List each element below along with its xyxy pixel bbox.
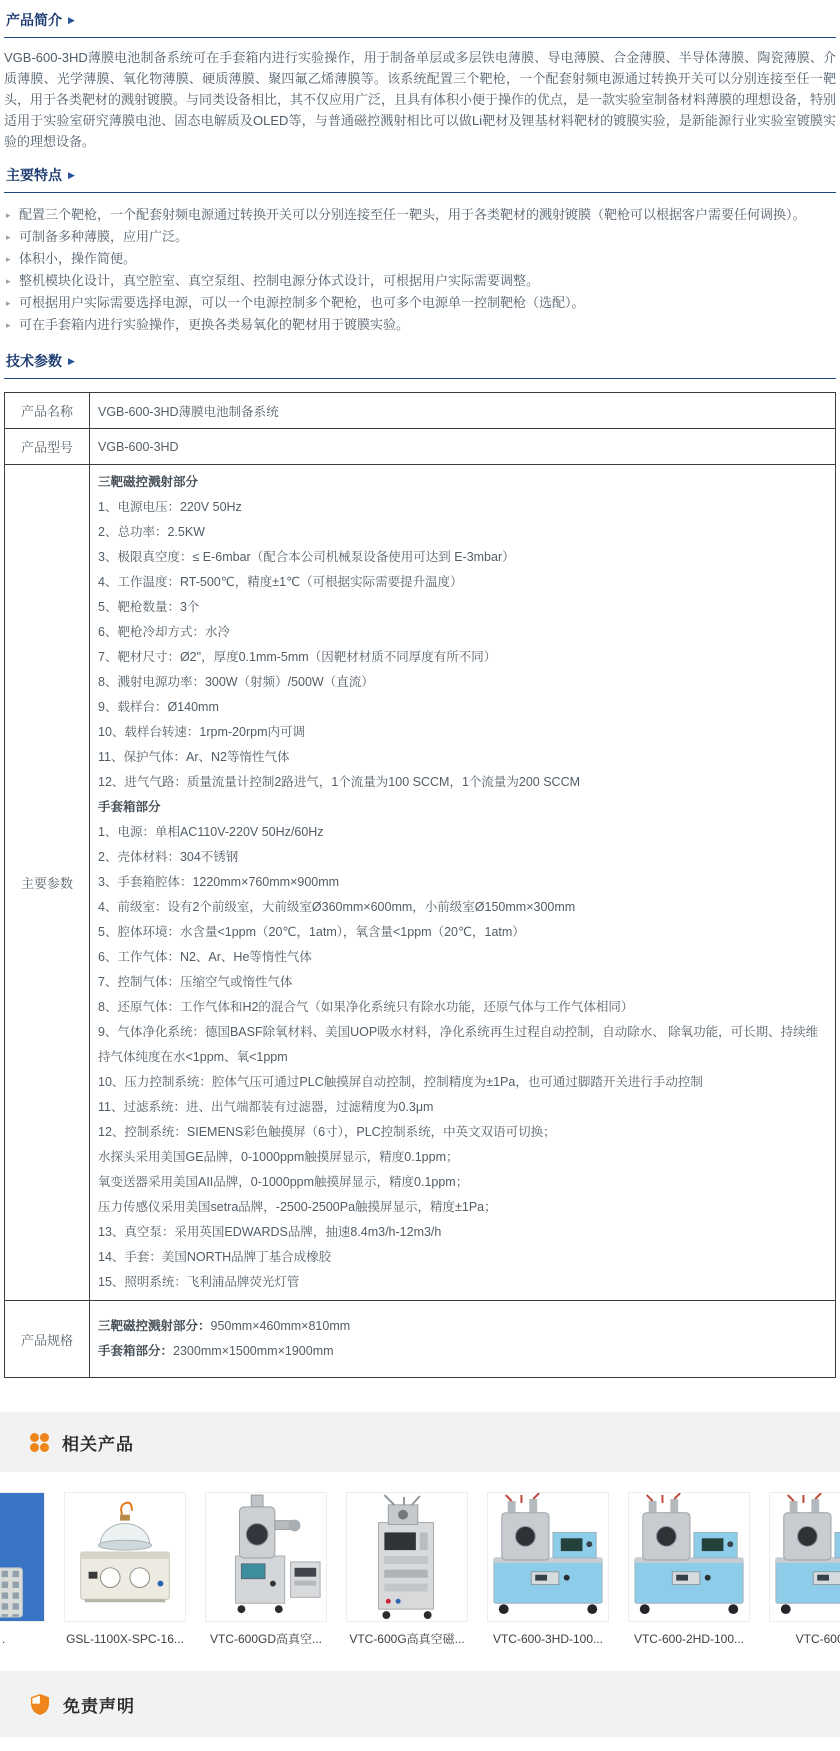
dims-lines: 三靶磁控溅射部分：950mm×460mm×810mm手套箱部分：2300mm×1… <box>98 1301 827 1377</box>
product-card[interactable]: VTC-600-2HD-100... <box>628 1492 750 1646</box>
features-list: ▸配置三个靶枪，一个配套射频电源通过转换开关可以分别连接至任一靶头，用于各类靶材… <box>4 204 836 336</box>
section-title-text: 产品简介 <box>6 12 62 28</box>
section-divider <box>4 192 836 193</box>
features-section: 主要特点▶ ▸配置三个靶枪，一个配套射频电源通过转换开关可以分别连接至任一靶头，… <box>4 167 836 336</box>
row-label: 主要参数 <box>5 465 90 1301</box>
product-card[interactable]: VTC-600-1... <box>769 1492 840 1646</box>
feature-text: 可制备多种薄膜，应用广泛。 <box>19 229 188 244</box>
bullet-arrow-icon: ▸ <box>6 314 11 336</box>
spec-line: 11、过滤系统：进、出气端都装有过滤器，过滤精度为0.3μm <box>98 1095 827 1120</box>
table-row-product-name: 产品名称 VGB-600-3HD薄膜电池制备系统 <box>5 393 836 429</box>
dimension-line: 三靶磁控溅射部分：950mm×460mm×810mm <box>98 1314 827 1339</box>
feature-text: 体积小，操作简便。 <box>19 251 136 266</box>
spec-line: 7、靶材尺寸：Ø2"，厚度0.1mm-5mm（因靶材材质不同厚度有所不同） <box>98 645 827 670</box>
product-label: . <box>0 1633 45 1646</box>
related-products-icon <box>30 1433 49 1452</box>
spec-line: 15、照明系统：飞利浦品牌荧光灯管 <box>98 1270 827 1295</box>
feature-text: 配置三个靶枪，一个配套射频电源通过转换开关可以分别连接至任一靶头，用于各类靶材的… <box>19 207 806 222</box>
product-label: VTC-600GD高真空... <box>205 1633 327 1646</box>
section-divider <box>4 37 836 38</box>
row-label: 产品名称 <box>5 393 90 429</box>
spec-line: 7、控制气体：压缩空气或惰性气体 <box>98 970 827 995</box>
bullet-arrow-icon: ▸ <box>6 226 11 248</box>
product-label: GSL-1100X-SPC-16... <box>64 1633 186 1646</box>
row-label: 产品型号 <box>5 429 90 465</box>
spec-line: 2、总功率：2.5KW <box>98 520 827 545</box>
section-title-features: 主要特点▶ <box>4 167 836 183</box>
product-image <box>487 1492 609 1622</box>
product-image <box>769 1492 840 1622</box>
spec-line: 手套箱部分 <box>98 795 827 820</box>
product-card[interactable]: VTC-600G高真空磁... <box>346 1492 468 1646</box>
spec-line: 9、气体净化系统：德国BASF除氧材料、美国UOP吸水材料，净化系统再生过程自动… <box>98 1020 827 1070</box>
product-image <box>64 1492 186 1622</box>
table-row-product-dimensions: 产品规格 三靶磁控溅射部分：950mm×460mm×810mm手套箱部分：230… <box>5 1301 836 1378</box>
product-card[interactable]: . <box>0 1492 45 1646</box>
section-title-text: 技术参数 <box>6 353 62 369</box>
spec-line: 11、保护气体：Ar、N2等惰性气体 <box>98 745 827 770</box>
row-label: 产品规格 <box>5 1301 90 1378</box>
product-label: VTC-600-3HD-100... <box>487 1633 609 1646</box>
specs-table: 产品名称 VGB-600-3HD薄膜电池制备系统 产品型号 VGB-600-3H… <box>4 392 836 1378</box>
spec-line: 2、壳体材料：304不锈钢 <box>98 845 827 870</box>
section-arrow-icon: ▶ <box>68 356 75 366</box>
feature-item: ▸可在手套箱内进行实验操作，更换各类易氧化的靶材用于镀膜实验。 <box>4 314 836 336</box>
dimension-line: 手套箱部分：2300mm×1500mm×1900mm <box>98 1339 827 1364</box>
bullet-arrow-icon: ▸ <box>6 270 11 292</box>
related-products-title: 相关产品 <box>62 1430 134 1455</box>
spec-line: 水探头采用美国GE品牌，0-1000ppm触摸屏显示，精度0.1ppm； <box>98 1145 827 1170</box>
table-row-product-model: 产品型号 VGB-600-3HD <box>5 429 836 465</box>
product-label: VTC-600-2HD-100... <box>628 1633 750 1646</box>
product-label: VTC-600-1... <box>769 1633 840 1646</box>
row-value: 三靶磁控溅射部分：950mm×460mm×810mm手套箱部分：2300mm×1… <box>90 1301 836 1378</box>
feature-text: 可在手套箱内进行实验操作，更换各类易氧化的靶材用于镀膜实验。 <box>19 317 409 332</box>
product-card[interactable]: GSL-1100X-SPC-16... <box>64 1492 186 1646</box>
carousel-track: . GSL-1100X-SPC-16... <box>0 1492 840 1646</box>
shield-icon <box>30 1693 50 1716</box>
row-value: VGB-600-3HD薄膜电池制备系统 <box>90 393 836 429</box>
feature-text: 可根据用户实际需要选择电源，可以一个电源控制多个靶枪，也可多个电源单一控制靶枪（… <box>19 295 585 310</box>
spec-line: 氧变送器采用美国AII品牌，0-1000ppm触摸屏显示，精度0.1ppm； <box>98 1170 827 1195</box>
spec-line: 1、电源：单相AC110V-220V 50Hz/60Hz <box>98 820 827 845</box>
spec-line: 10、压力控制系统：腔体气压可通过PLC触摸屏自动控制，控制精度为±1Pa，也可… <box>98 1070 827 1095</box>
spec-line: 6、靶枪冷却方式：水冷 <box>98 620 827 645</box>
feature-text: 整机模块化设计，真空腔室、真空泵组、控制电源分体式设计，可根据用户实际需要调整。 <box>19 273 539 288</box>
spec-line: 8、还原气体：工作气体和H2的混合气（如果净化系统只有除水功能，还原气体与工作气… <box>98 995 827 1020</box>
product-image <box>628 1492 750 1622</box>
section-divider <box>4 378 836 379</box>
related-products-header: 相关产品 <box>0 1412 840 1472</box>
product-card[interactable]: VTC-600-3HD-100... <box>487 1492 609 1646</box>
spec-line: 10、载样台转速：1rpm-20rpm内可调 <box>98 720 827 745</box>
feature-item: ▸可制备多种薄膜，应用广泛。 <box>4 226 836 248</box>
spec-line: 13、真空泵：采用英国EDWARDS品牌，抽速8.4m3/h-12m3/h <box>98 1220 827 1245</box>
spec-line: 9、载样台：Ø140mm <box>98 695 827 720</box>
spec-line: 4、工作温度：RT-500℃，精度±1℃（可根据实际需要提升温度） <box>98 570 827 595</box>
spec-line: 5、腔体环境：水含量<1ppm（20℃，1atm），氧含量<1ppm（20℃，1… <box>98 920 827 945</box>
section-arrow-icon: ▶ <box>68 15 75 25</box>
spec-line: 5、靶枪数量：3个 <box>98 595 827 620</box>
spec-line: 6、工作气体：N2、Ar、He等惰性气体 <box>98 945 827 970</box>
spec-line: 12、控制系统：SIEMENS彩色触摸屏（6寸），PLC控制系统，中英文双语可切… <box>98 1120 827 1145</box>
product-image <box>205 1492 327 1622</box>
row-value: 三靶磁控溅射部分1、电源电压：220V 50Hz2、总功率：2.5KW3、极限真… <box>90 465 836 1301</box>
spec-line: 1、电源电压：220V 50Hz <box>98 495 827 520</box>
feature-item: ▸配置三个靶枪，一个配套射频电源通过转换开关可以分别连接至任一靶头，用于各类靶材… <box>4 204 836 226</box>
product-image <box>346 1492 468 1622</box>
spec-line: 12、进气气路：质量流量计控制2路进气，1个流量为100 SCCM，1个流量为2… <box>98 770 827 795</box>
spec-line: 3、极限真空度：≤ E-6mbar（配合本公司机械泵设备使用可达到 E-3mba… <box>98 545 827 570</box>
spec-line: 压力传感仪采用美国setra品牌，-2500-2500Pa触摸屏显示，精度±1P… <box>98 1195 827 1220</box>
feature-item: ▸体积小，操作简便。 <box>4 248 836 270</box>
disclaimer-title: 免责声明 <box>63 1692 135 1717</box>
disclaimer-header: 免责声明 <box>0 1671 840 1737</box>
row-value: VGB-600-3HD <box>90 429 836 465</box>
bullet-arrow-icon: ▸ <box>6 204 11 226</box>
table-row-main-params: 主要参数 三靶磁控溅射部分1、电源电压：220V 50Hz2、总功率：2.5KW… <box>5 465 836 1301</box>
product-label: VTC-600G高真空磁... <box>346 1633 468 1646</box>
feature-item: ▸整机模块化设计，真空腔室、真空泵组、控制电源分体式设计，可根据用户实际需要调整… <box>4 270 836 292</box>
section-title-specs: 技术参数▶ <box>4 353 836 369</box>
spec-line: 4、前级室：设有2个前级室，大前级室Ø360mm×600mm，小前级室Ø150m… <box>98 895 827 920</box>
specs-section: 技术参数▶ 产品名称 VGB-600-3HD薄膜电池制备系统 产品型号 VGB-… <box>4 353 836 1378</box>
product-intro-section: 产品简介▶ VGB-600-3HD薄膜电池制备系统可在手套箱内进行实验操作，用于… <box>4 12 836 152</box>
intro-paragraph: VGB-600-3HD薄膜电池制备系统可在手套箱内进行实验操作，用于制备单层或多… <box>4 47 836 152</box>
section-title-intro: 产品简介▶ <box>4 12 836 28</box>
spec-line: 三靶磁控溅射部分 <box>98 470 827 495</box>
content-area: 产品简介▶ VGB-600-3HD薄膜电池制备系统可在手套箱内进行实验操作，用于… <box>0 12 840 1378</box>
spec-line: 8、溅射电源功率：300W（射频）/500W（直流） <box>98 670 827 695</box>
section-arrow-icon: ▶ <box>68 170 75 180</box>
section-title-text: 主要特点 <box>6 167 62 183</box>
spec-line: 14、手套：美国NORTH品牌丁基合成橡胶 <box>98 1245 827 1270</box>
product-image <box>0 1492 45 1622</box>
bullet-arrow-icon: ▸ <box>6 292 11 314</box>
bullet-arrow-icon: ▸ <box>6 248 11 270</box>
related-products-carousel[interactable]: . GSL-1100X-SPC-16... <box>0 1492 840 1648</box>
product-card[interactable]: VTC-600GD高真空... <box>205 1492 327 1646</box>
feature-item: ▸可根据用户实际需要选择电源，可以一个电源控制多个靶枪，也可多个电源单一控制靶枪… <box>4 292 836 314</box>
param-lines: 三靶磁控溅射部分1、电源电压：220V 50Hz2、总功率：2.5KW3、极限真… <box>98 465 827 1300</box>
spec-line: 3、手套箱腔体：1220mm×760mm×900mm <box>98 870 827 895</box>
